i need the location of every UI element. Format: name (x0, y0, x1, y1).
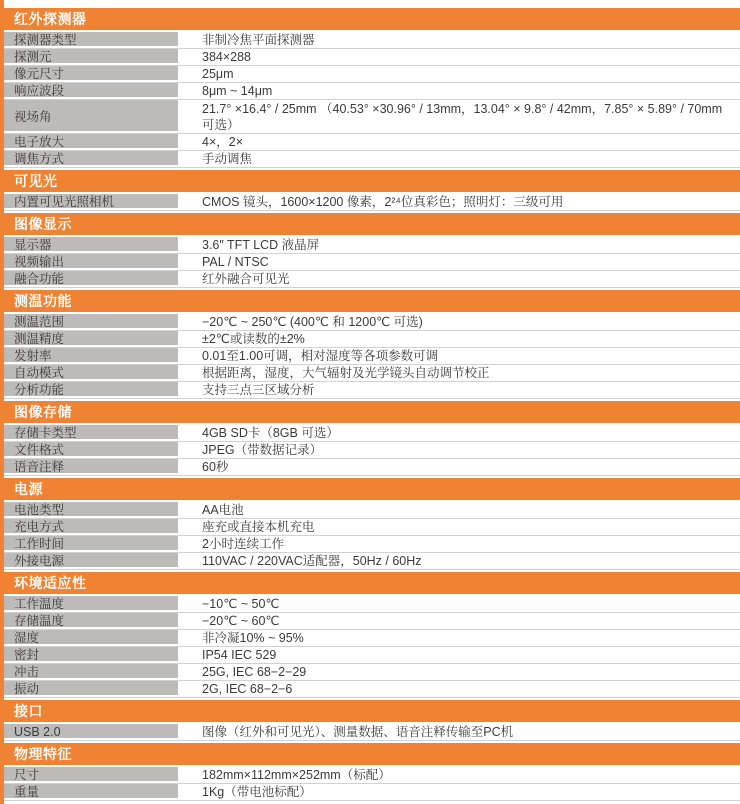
spec-label: 显示器 (4, 237, 178, 253)
spec-value: 25μm (178, 66, 740, 82)
spec-row: 电子放大 4×，2× (0, 134, 740, 151)
spec-label: 密封 (4, 647, 178, 663)
spec-value: 8μm ~ 14μm (178, 83, 740, 99)
spec-label: 探测器类型 (4, 32, 178, 48)
spec-value: PAL / NTSC (178, 254, 740, 270)
spec-label: 充电方式 (4, 519, 178, 535)
spec-label: 视频输出 (4, 254, 178, 270)
spec-row: 湿度 非冷凝10% ~ 95% (0, 630, 740, 647)
spec-label: 分析功能 (4, 382, 178, 398)
spec-value: −10℃ ~ 50℃ (178, 596, 740, 612)
spec-row: 存储温度 −20℃ ~ 60℃ (0, 613, 740, 630)
spec-value: 182mm×112mm×252mm（标配） (178, 767, 740, 783)
section-header-physical-characteristics: 物理特征 (0, 743, 740, 765)
spec-value: 1Kg（带电池标配） (178, 784, 740, 800)
section-header-visible-light: 可见光 (0, 170, 740, 192)
spec-value: 根据距离，湿度，大气辐射及光学镜头自动调节校正 (178, 365, 740, 381)
spec-value: 384×288 (178, 49, 740, 65)
spec-label: 视场角 (4, 100, 178, 133)
spec-value: AA电池 (178, 502, 740, 518)
spec-row: 发射率 0.01至1.00可调，相对湿度等各项参数可调 (0, 348, 740, 365)
spec-label: 探测元 (4, 49, 178, 65)
spec-label: 外接电源 (4, 553, 178, 569)
spec-value: IP54 IEC 529 (178, 647, 740, 663)
spec-label: 工作温度 (4, 596, 178, 612)
spec-row: 工作温度 −10℃ ~ 50℃ (0, 596, 740, 613)
spec-row: 冲击 25G, IEC 68−2−29 (0, 664, 740, 681)
section-interface: 接口 USB 2.0 图像（红外和可见光）、测量数据、语音注释传输至PC机 (0, 700, 740, 741)
spec-label: 尺寸 (4, 767, 178, 783)
spec-label: 电池类型 (4, 502, 178, 518)
section-header-power: 电源 (0, 478, 740, 500)
spec-row: 响应波段 8μm ~ 14μm (0, 83, 740, 100)
spec-label: 发射率 (4, 348, 178, 364)
spec-value: CMOS 镜头，1600×1200 像素，2²⁴位真彩色；照明灯：三级可用 (178, 194, 740, 210)
spec-row: 文件格式 JPEG（带数据记录） (0, 442, 740, 459)
spec-label: USB 2.0 (4, 724, 178, 740)
spec-row: 振动 2G, IEC 68−2−6 (0, 681, 740, 698)
spec-value: 4GB SD卡（8GB 可选） (178, 425, 740, 441)
spec-row: 测温范围 −20℃ ~ 250℃ (400℃ 和 1200℃ 可选) (0, 314, 740, 331)
spec-value: −20℃ ~ 60℃ (178, 613, 740, 629)
spec-value: 25G, IEC 68−2−29 (178, 664, 740, 680)
spec-value: 支持三点三区域分析 (178, 382, 740, 398)
spec-value: 3.6″ TFT LCD 液晶屏 (178, 237, 740, 253)
spec-label: 自动模式 (4, 365, 178, 381)
spec-row: 融合功能 红外融合可见光 (0, 271, 740, 288)
spec-row: 显示器 3.6″ TFT LCD 液晶屏 (0, 237, 740, 254)
section-environmental-adaptability: 环境适应性 工作温度 −10℃ ~ 50℃ 存储温度 −20℃ ~ 60℃ 湿度… (0, 572, 740, 698)
spec-row: 电池类型 AA电池 (0, 502, 740, 519)
section-physical-characteristics: 物理特征 尺寸 182mm×112mm×252mm（标配） 重量 1Kg（带电池… (0, 743, 740, 801)
spec-label: 像元尺寸 (4, 66, 178, 82)
spec-label: 电子放大 (4, 134, 178, 150)
spec-row: 重量 1Kg（带电池标配） (0, 784, 740, 801)
spec-value: 2小时连续工作 (178, 536, 740, 552)
spec-row: 像元尺寸 25μm (0, 66, 740, 83)
section-temperature-measurement: 测温功能 测温范围 −20℃ ~ 250℃ (400℃ 和 1200℃ 可选) … (0, 290, 740, 399)
section-header-infrared-detector: 红外探测器 (0, 8, 740, 30)
spec-label: 文件格式 (4, 442, 178, 458)
spec-label: 融合功能 (4, 271, 178, 287)
spec-label: 工作时间 (4, 536, 178, 552)
spec-table: 红外探测器 探测器类型 非制冷焦平面探测器 探测元 384×288 像元尺寸 2… (0, 0, 740, 801)
spec-value: 2G, IEC 68−2−6 (178, 681, 740, 697)
spec-label: 振动 (4, 681, 178, 697)
section-image-storage: 图像存储 存储卡类型 4GB SD卡（8GB 可选） 文件格式 JPEG（带数据… (0, 401, 740, 476)
spec-label: 湿度 (4, 630, 178, 646)
section-header-environmental-adaptability: 环境适应性 (0, 572, 740, 594)
spec-label: 存储卡类型 (4, 425, 178, 441)
spec-label: 调焦方式 (4, 151, 178, 167)
spec-label: 语音注释 (4, 459, 178, 475)
section-power: 电源 电池类型 AA电池 充电方式 座充或直接本机充电 工作时间 2小时连续工作… (0, 478, 740, 570)
spec-label: 冲击 (4, 664, 178, 680)
spec-label: 内置可见光照相机 (4, 194, 178, 210)
section-header-temperature-measurement: 测温功能 (0, 290, 740, 312)
section-header-interface: 接口 (0, 700, 740, 722)
spec-value: 21.7° ×16.4° / 25mm （40.53° ×30.96° / 13… (178, 100, 740, 133)
spec-value: 非冷凝10% ~ 95% (178, 630, 740, 646)
spec-row: 尺寸 182mm×112mm×252mm（标配） (0, 767, 740, 784)
spec-row: 自动模式 根据距离，湿度，大气辐射及光学镜头自动调节校正 (0, 365, 740, 382)
spec-label: 测温范围 (4, 314, 178, 330)
spec-label: 响应波段 (4, 83, 178, 99)
spec-value: 110VAC / 220VAC适配器，50Hz / 60Hz (178, 553, 740, 569)
spec-value: 4×，2× (178, 134, 740, 150)
section-infrared-detector: 红外探测器 探测器类型 非制冷焦平面探测器 探测元 384×288 像元尺寸 2… (0, 8, 740, 168)
spec-row: 内置可见光照相机 CMOS 镜头，1600×1200 像素，2²⁴位真彩色；照明… (0, 194, 740, 211)
spec-value: 图像（红外和可见光）、测量数据、语音注释传输至PC机 (178, 724, 740, 740)
spec-label: 重量 (4, 784, 178, 800)
spec-label: 测温精度 (4, 331, 178, 347)
spec-value: 红外融合可见光 (178, 271, 740, 287)
spec-row: 视场角 21.7° ×16.4° / 25mm （40.53° ×30.96° … (0, 100, 740, 134)
spec-row: 存储卡类型 4GB SD卡（8GB 可选） (0, 425, 740, 442)
spec-row: 分析功能 支持三点三区域分析 (0, 382, 740, 399)
spec-row: 探测器类型 非制冷焦平面探测器 (0, 32, 740, 49)
spec-row: 测温精度 ±2℃或读数的±2% (0, 331, 740, 348)
section-visible-light: 可见光 内置可见光照相机 CMOS 镜头，1600×1200 像素，2²⁴位真彩… (0, 170, 740, 211)
spec-row: USB 2.0 图像（红外和可见光）、测量数据、语音注释传输至PC机 (0, 724, 740, 741)
section-image-display: 图像显示 显示器 3.6″ TFT LCD 液晶屏 视频输出 PAL / NTS… (0, 213, 740, 288)
spec-row: 外接电源 110VAC / 220VAC适配器，50Hz / 60Hz (0, 553, 740, 570)
spec-value: 0.01至1.00可调，相对湿度等各项参数可调 (178, 348, 740, 364)
section-header-image-display: 图像显示 (0, 213, 740, 235)
spec-label: 存储温度 (4, 613, 178, 629)
spec-row: 密封 IP54 IEC 529 (0, 647, 740, 664)
spec-row: 视频输出 PAL / NTSC (0, 254, 740, 271)
spec-row: 探测元 384×288 (0, 49, 740, 66)
spec-value: 60秒 (178, 459, 740, 475)
spec-value: ±2℃或读数的±2% (178, 331, 740, 347)
spec-row: 调焦方式 手动调焦 (0, 151, 740, 168)
spec-value: 非制冷焦平面探测器 (178, 32, 740, 48)
spec-value: 手动调焦 (178, 151, 740, 167)
spec-row: 工作时间 2小时连续工作 (0, 536, 740, 553)
spec-row: 充电方式 座充或直接本机充电 (0, 519, 740, 536)
spec-value: −20℃ ~ 250℃ (400℃ 和 1200℃ 可选) (178, 314, 740, 330)
section-header-image-storage: 图像存储 (0, 401, 740, 423)
spec-value: 座充或直接本机充电 (178, 519, 740, 535)
spec-value: JPEG（带数据记录） (178, 442, 740, 458)
left-accent-stripe (0, 0, 4, 804)
spec-row: 语音注释 60秒 (0, 459, 740, 476)
